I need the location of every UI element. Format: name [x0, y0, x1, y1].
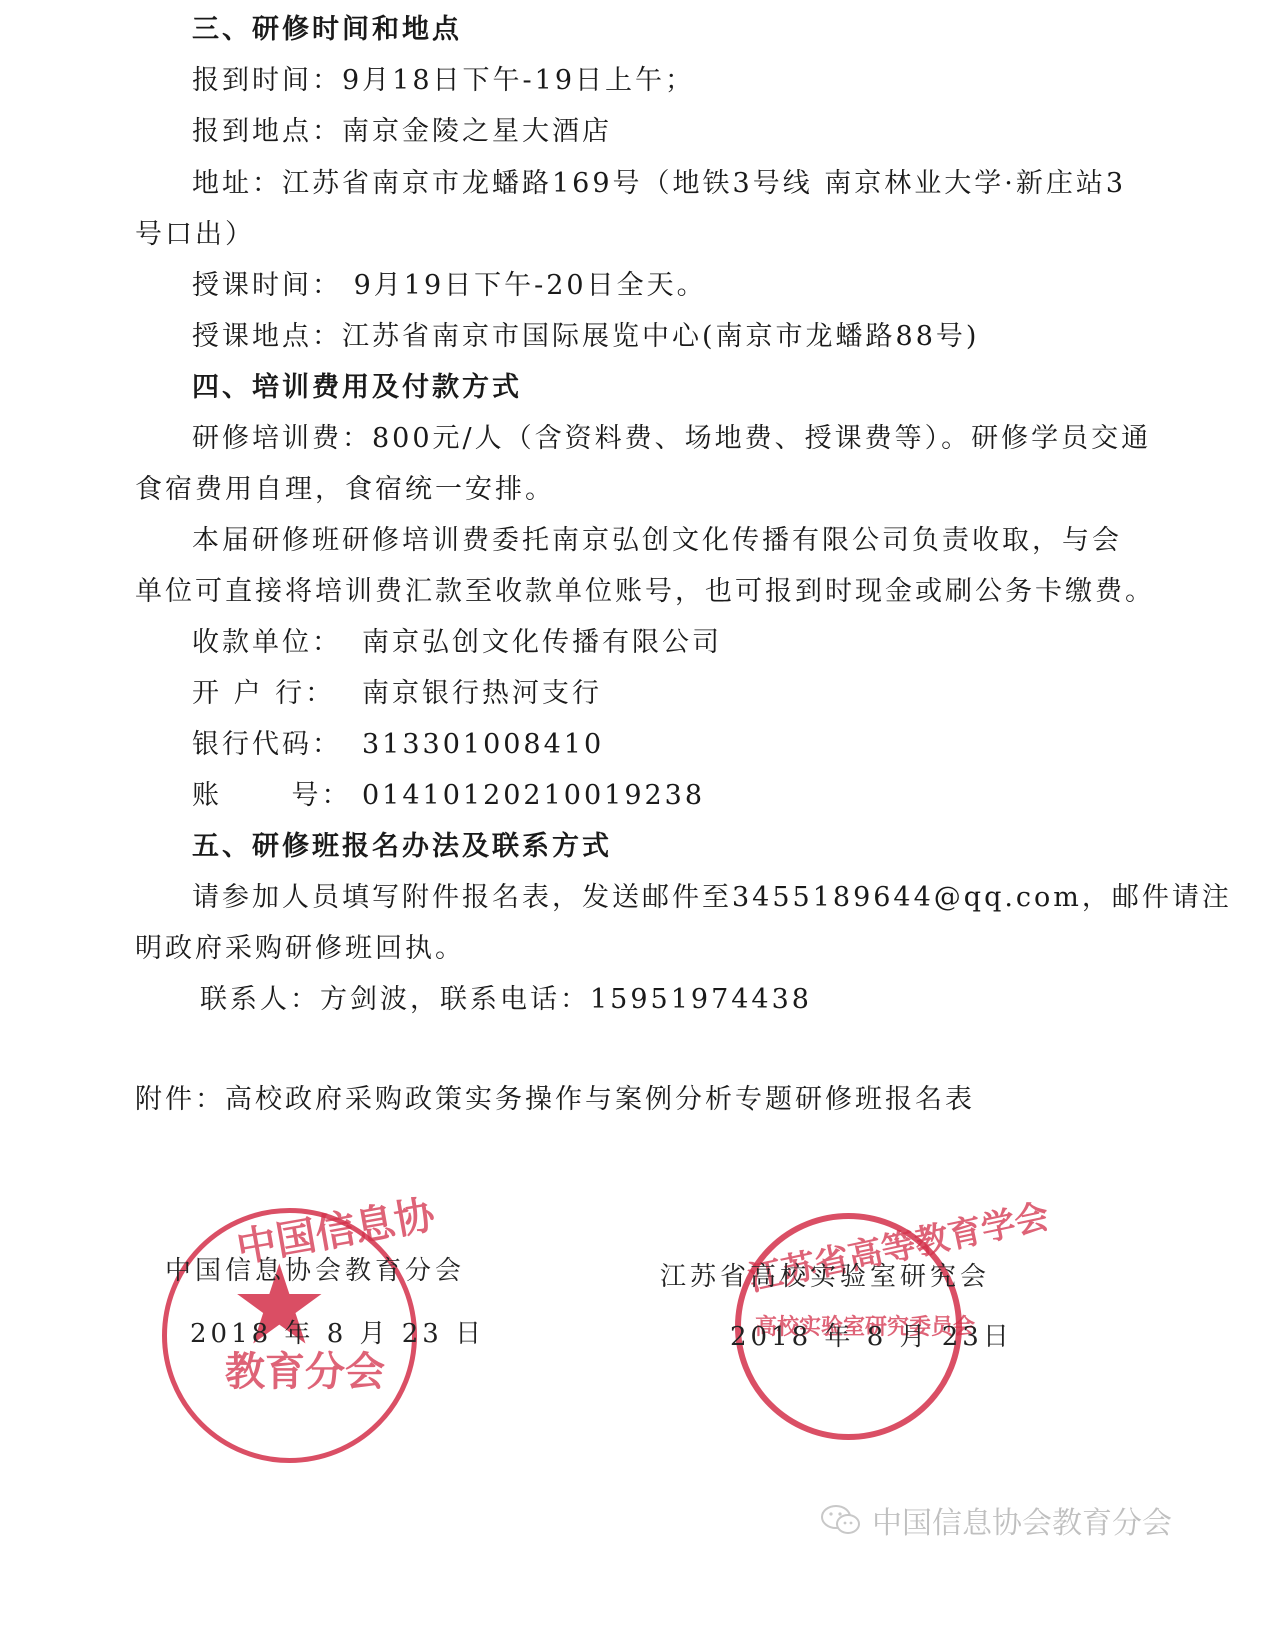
account-row: 账 号：01410120210019238: [192, 778, 705, 814]
fee-line-2: 食宿费用自理，食宿统一安排。: [135, 472, 555, 508]
payee-label: 收款单位：: [192, 625, 362, 661]
attachment-note: 附件：高校政府采购政策实务操作与案例分析专题研修班报名表: [135, 1082, 975, 1118]
signature-org-2: 江苏省高校实验室研究会: [660, 1256, 990, 1293]
signup-line-2: 明政府采购研修班回执。: [135, 931, 465, 967]
wechat-watermark: 中国信息协会教育分会: [820, 1498, 1172, 1542]
section-5-heading: 五、研修班报名办法及联系方式: [192, 829, 612, 865]
class-time: 授课时间： 9月19日下午-20日全天。: [192, 268, 707, 304]
collect-line-1: 本届研修班研修培训费委托南京弘创文化传播有限公司负责收取，与会: [192, 523, 1122, 559]
payee-row: 收款单位：南京弘创文化传播有限公司: [192, 625, 722, 661]
account-label: 账 号：: [192, 778, 362, 814]
address-line-1: 地址：江苏省南京市龙蟠路169号（地铁3号线 南京林业大学·新庄站3: [192, 166, 1126, 202]
collect-line-2: 单位可直接将培训费汇款至收款单位账号，也可报到时现金或刷公务卡缴费。: [135, 574, 1155, 610]
signup-line-1: 请参加人员填写附件报名表，发送邮件至3455189644@qq.com，邮件请注: [192, 880, 1232, 916]
signature-date-1: 2018 年 8 月 23 日: [190, 1313, 485, 1350]
bank-code-label: 银行代码：: [192, 727, 362, 763]
section-4-heading: 四、培训费用及付款方式: [192, 370, 522, 406]
signature-org-1: 中国信息协会教育分会: [165, 1250, 465, 1287]
signature-date-2: 2018 年 8 月 23日: [730, 1316, 1013, 1353]
checkin-time: 报到时间：9月18日下午-19日上午；: [192, 63, 695, 99]
contact-info: 联系人：方剑波，联系电话：15951974438: [200, 982, 812, 1018]
account-value: 01410120210019238: [362, 780, 705, 811]
section-3-heading: 三、研修时间和地点: [192, 12, 462, 48]
payee-value: 南京弘创文化传播有限公司: [362, 627, 722, 658]
watermark-text: 中国信息协会教育分会: [872, 1498, 1172, 1542]
bank-code-row: 银行代码：313301008410: [192, 727, 604, 763]
bank-code-value: 313301008410: [362, 729, 604, 760]
address-line-2: 号口出）: [135, 217, 255, 253]
bank-value: 南京银行热河支行: [362, 678, 602, 709]
wechat-icon: [820, 1503, 862, 1537]
class-place: 授课地点：江苏省南京市国际展览中心(南京市龙蟠路88号): [192, 319, 979, 355]
fee-line-1: 研修培训费：800元/人（含资料费、场地费、授课费等）。研修学员交通: [192, 421, 1151, 457]
checkin-place: 报到地点：南京金陵之星大酒店: [192, 114, 612, 150]
bank-label: 开 户 行：: [192, 676, 362, 712]
bank-row: 开 户 行：南京银行热河支行: [192, 676, 602, 712]
